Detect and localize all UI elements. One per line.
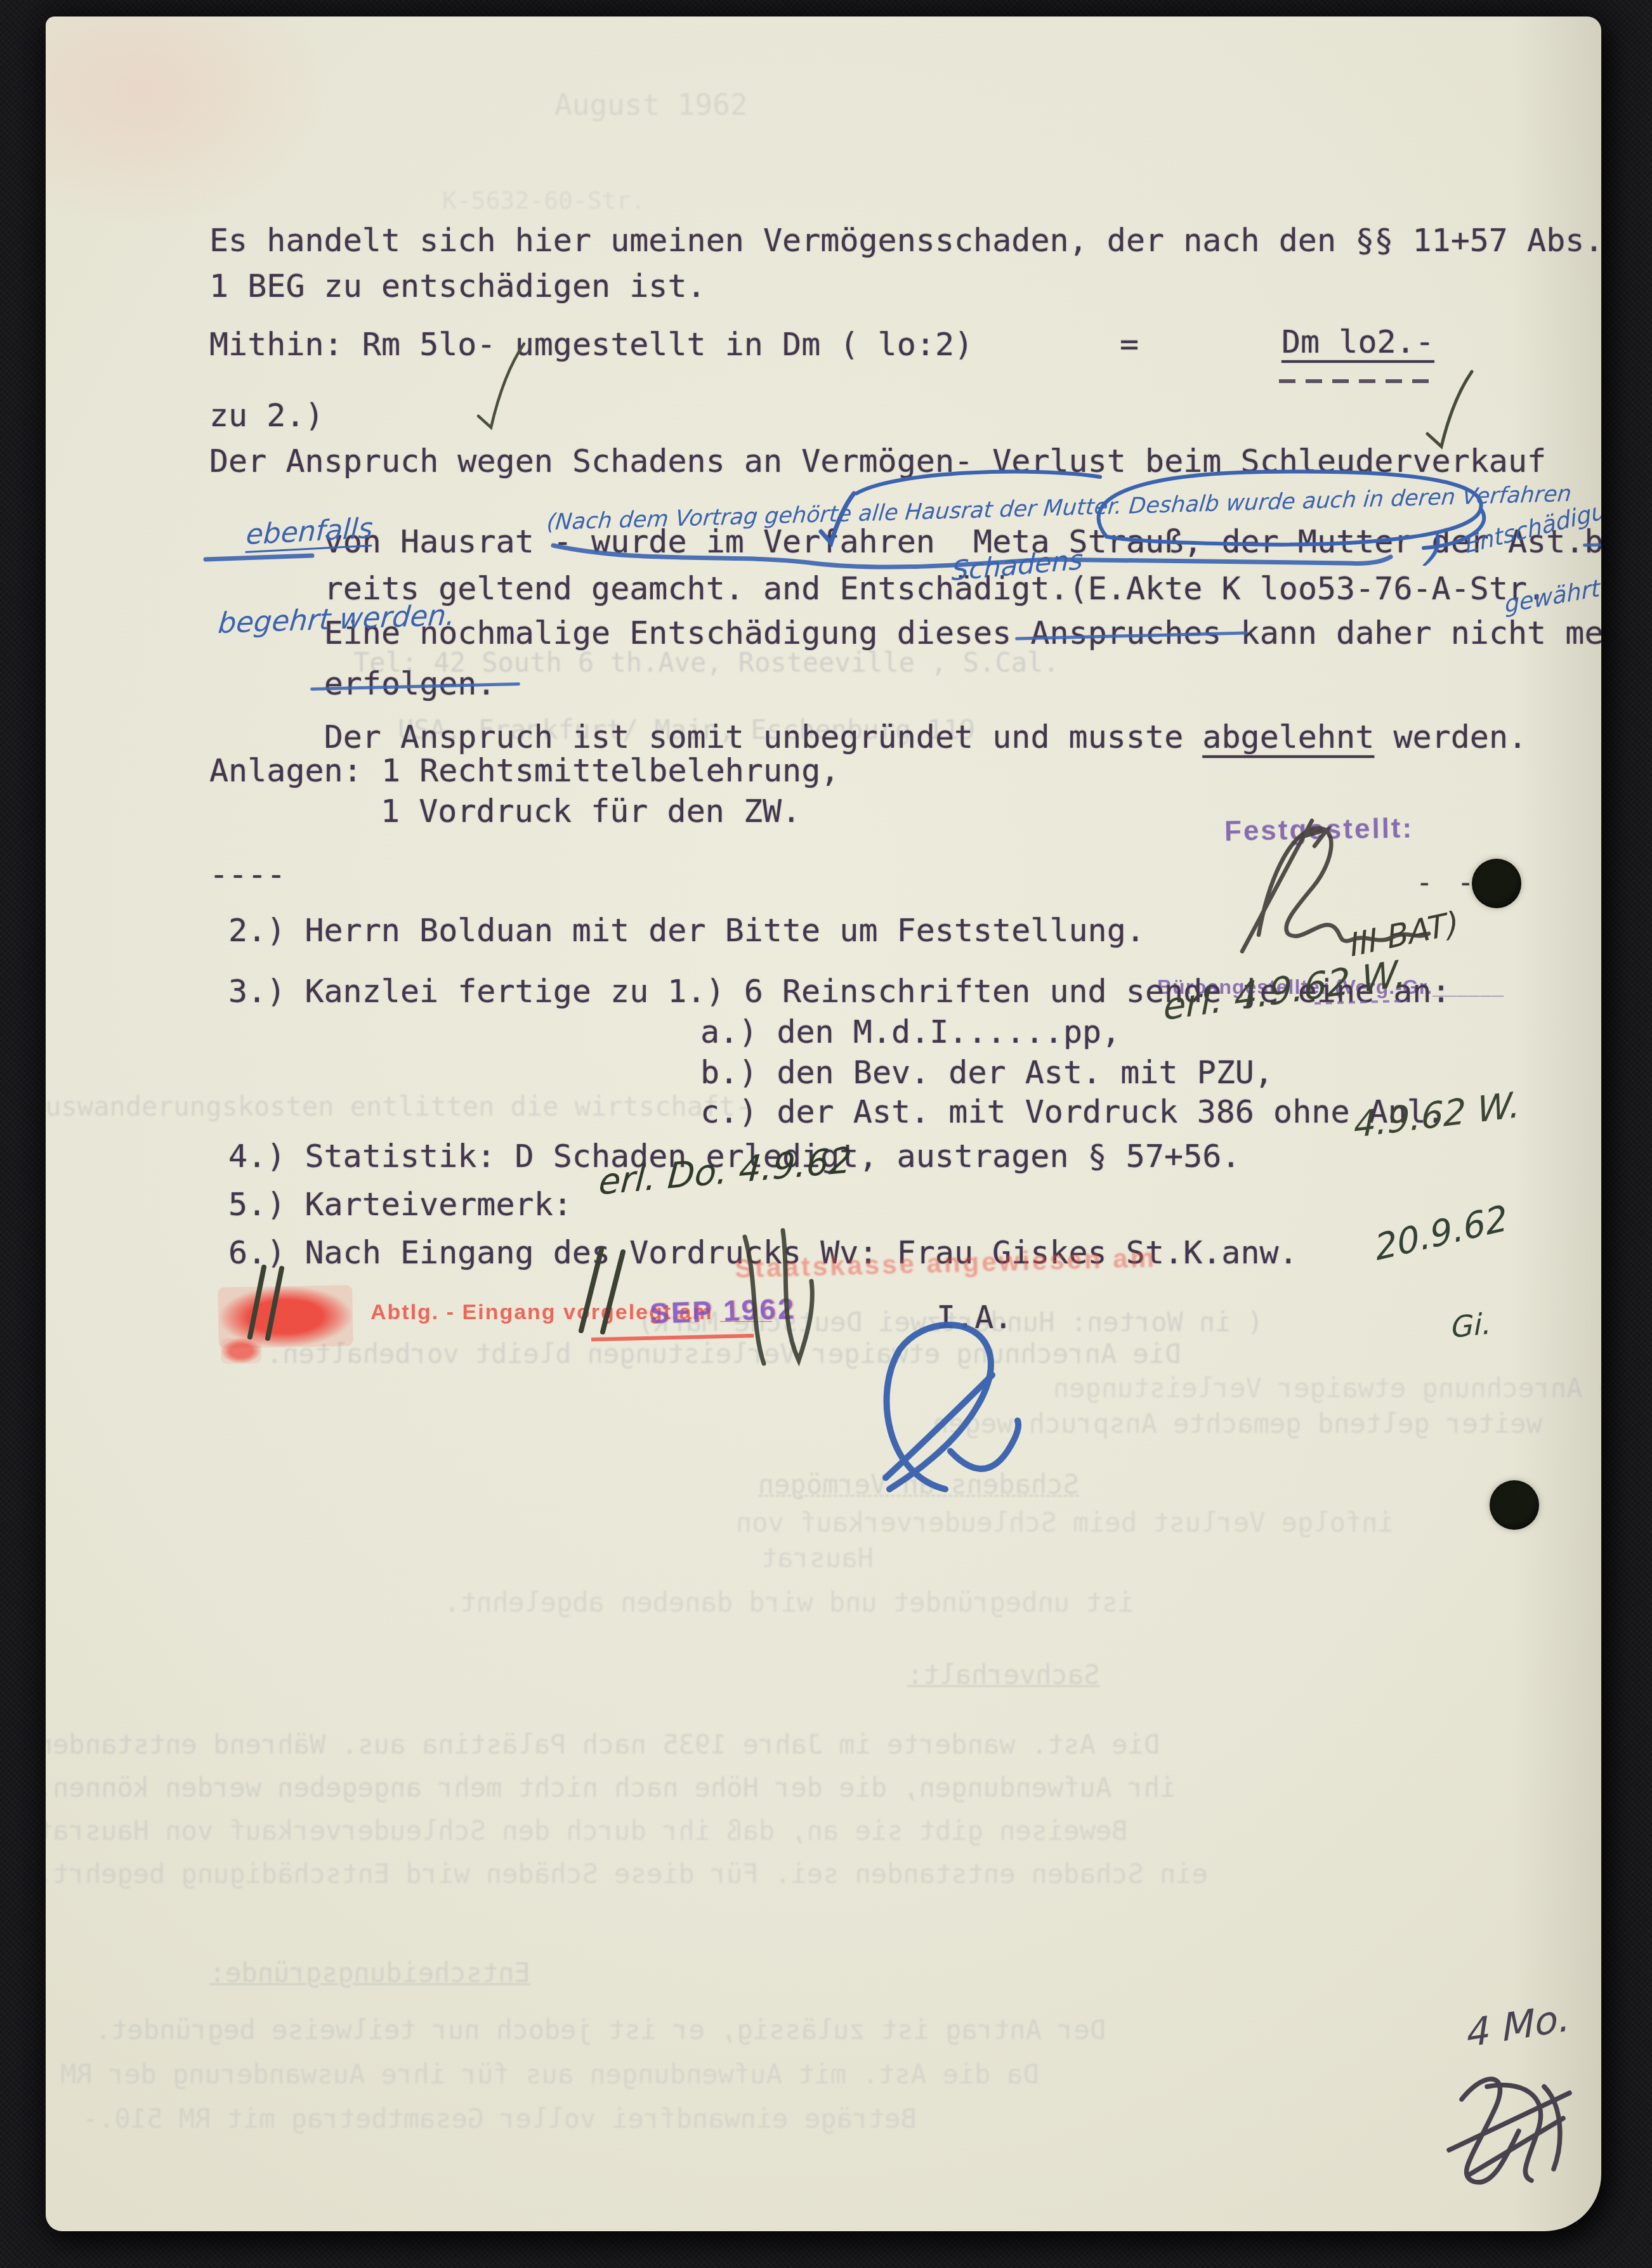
ghost-text: ein Schaden entstanden sei. Für diese Sc… <box>46 1858 1208 1889</box>
handwritten-date: erl. 4.9.62 W. <box>1164 951 1406 1029</box>
ghost-text: infolge Verlust beim Schleuderverkauf vo… <box>736 1507 1394 1538</box>
ghost-text: Da die Ast. mit Aufwendungen aus für ihr… <box>60 2059 1039 2090</box>
ghost-text: Die Anrechnung etwaiger Verleistungen bl… <box>266 1338 1181 1369</box>
body-text: Der Anspruch ist somit unbegründet und m… <box>324 719 1203 755</box>
ghost-text: Sachverhalt: <box>907 1659 1099 1690</box>
stamp-blotch <box>221 1338 262 1364</box>
document-page: August 1962 K-5632-60-Str. Tel: 42 South… <box>46 16 1601 2231</box>
body-line: Anlagen: 1 Rechtsmittelbelehrung, <box>209 753 839 788</box>
festgestellt-stamp: Festgestellt: <box>1224 812 1414 847</box>
body-line: Mithin: Rm 5lo- umgestellt in Dm ( lo:2) <box>209 327 973 362</box>
ghost-text: Schadens an Vermögen <box>758 1469 1079 1500</box>
ghost-text: Hausrat <box>761 1542 874 1574</box>
body-line: zu 2.) <box>209 398 324 433</box>
handwritten-initials: Gi. <box>1452 1306 1491 1345</box>
signature-label: I.A. <box>936 1300 1013 1335</box>
date-stamp: SEP 1962 <box>649 1291 796 1331</box>
body-line: 5.) Karteivermerk: <box>228 1187 572 1222</box>
ghost-text: Die Ast. wanderte im Jahre 1935 nach Pal… <box>46 1729 1160 1760</box>
body-line: Es handelt sich hier umeinen Vermögenssc… <box>209 223 1601 258</box>
ghost-text: K-5632-60-Str. <box>442 186 645 214</box>
ghost-text: Auswanderungskosten entlitten die wirtsc… <box>46 1091 751 1122</box>
body-line: 2.) Herrn Bolduan mit der Bitte um Fests… <box>228 913 1145 948</box>
separator-dashes: ---- <box>209 857 285 892</box>
ghost-text: ist unbegründet und wird daneben abgeleh… <box>444 1587 1134 1618</box>
ghost-text: Beträge einwandfrei voller Gesamtbetrag … <box>82 2103 917 2134</box>
body-line: a.) den M.d.I......pp, <box>700 1015 1120 1050</box>
ghost-text: weiter geltend gemachte Anspruch wegen <box>933 1408 1542 1439</box>
body-line: b.) den Bev. der Ast. mit PZU, <box>700 1055 1273 1090</box>
underlined-text: abgelehnt <box>1202 719 1374 755</box>
body-line: c.) der Ast. mit Vordruck 386 ohne Anl. <box>700 1095 1445 1130</box>
scan-background: August 1962 K-5632-60-Str. Tel: 42 South… <box>0 0 1652 2268</box>
handwritten-date: 20.9.62 <box>1373 1197 1510 1269</box>
body-line: Der Anspruch wegen Schadens an Vermögen-… <box>209 444 1546 479</box>
paper-edge-shade <box>1512 16 1601 2231</box>
ghost-text: ihr Aufwendungen, die der Höhe nach nich… <box>46 1772 1176 1803</box>
ghost-text: Beweisen gibt sie an, daß ihr durch den … <box>46 1815 1127 1846</box>
ghost-text: August 1962 <box>554 88 748 122</box>
body-line: 1 BEG zu entschädigen ist. <box>209 269 706 304</box>
ghost-text: Der Antrag ist zulässig, er ist jedoch n… <box>95 2014 1106 2045</box>
equals-sign: = <box>1120 327 1139 362</box>
body-text: werden. <box>1374 719 1527 755</box>
struck-text: Anspruches <box>1030 615 1221 651</box>
ghost-text: Entscheidungsgründe: <box>209 1957 530 1988</box>
amount-dm: Dm lo2.- <box>1282 325 1434 360</box>
dashed-underline <box>1279 379 1439 383</box>
body-line: 1 Vordruck für den ZW. <box>381 794 801 829</box>
